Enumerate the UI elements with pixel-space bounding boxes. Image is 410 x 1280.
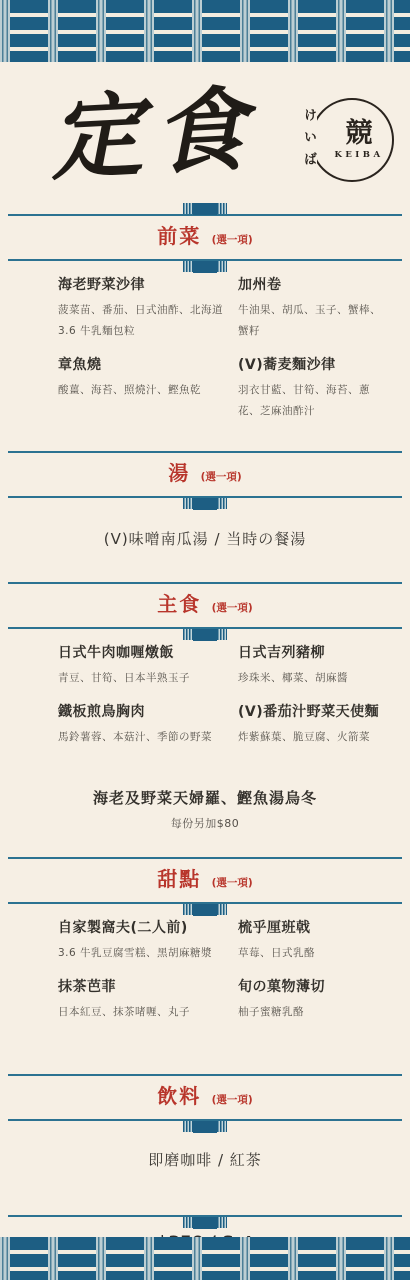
items-right-column: 梳乎厘班戟 草莓、日式乳酪 旬の菓物薄切 柚子蜜糖乳酪 bbox=[238, 918, 396, 1036]
section-note: (選一項) bbox=[212, 602, 253, 614]
ornament-stripes bbox=[183, 629, 193, 640]
item-name: 抹茶芭菲 bbox=[58, 977, 224, 997]
appetizer-items: 海老野菜沙律 菠菜苗、番茄、日式油酢、北海道 3.6 牛乳麵包粒 章魚燒 酸薑、… bbox=[0, 261, 410, 451]
section-title: 甜點 (選一項) bbox=[0, 866, 410, 895]
section-drinks: 飲料 (選一項) 即磨咖啡 / 紅茶 bbox=[0, 1074, 410, 1201]
ornament-stripes bbox=[183, 1121, 193, 1132]
divider-line bbox=[8, 627, 402, 629]
items-right-column: 加州卷 牛油果、胡瓜、玉子、蟹棒、蟹籽 (V)蕎麦麵沙律 羽衣甘藍、甘筍、海苔、… bbox=[238, 275, 396, 435]
section-note: (選一項) bbox=[212, 1094, 253, 1106]
item-name: (V)番茄汁野菜天使麵 bbox=[238, 702, 382, 722]
dessert-items: 自家製窩夫(二人前) 3.6 牛乳豆腐雪糕、黑胡麻糖漿 抹茶芭菲 日本紅豆、抹茶… bbox=[0, 904, 410, 1074]
tile-pattern-bottom bbox=[0, 1237, 410, 1280]
divider-line bbox=[8, 451, 402, 453]
section-title: 湯 (選一項) bbox=[0, 460, 410, 489]
menu-item: 旬の菓物薄切 柚子蜜糖乳酪 bbox=[238, 977, 396, 1023]
item-description: 珍珠米、椰菜、胡麻醬 bbox=[238, 668, 382, 689]
menu-item: (V)蕎麦麵沙律 羽衣甘藍、甘筍、海苔、蔥花、芝麻油酢汁 bbox=[238, 355, 396, 422]
menu-item: 加州卷 牛油果、胡瓜、玉子、蟹棒、蟹籽 bbox=[238, 275, 396, 342]
menu-item: 即磨咖啡 / 紅茶 bbox=[0, 1149, 410, 1171]
ornament-stripes bbox=[217, 1217, 227, 1228]
section-note: (選一項) bbox=[212, 234, 253, 246]
tile-ornament bbox=[183, 629, 227, 640]
divider-line bbox=[8, 1119, 402, 1121]
ornament-stripes bbox=[217, 261, 227, 272]
menu-item: 梳乎厘班戟 草莓、日式乳酪 bbox=[238, 918, 396, 964]
menu-item: 日式吉列豬柳 珍珠米、椰菜、胡麻醬 bbox=[238, 643, 396, 689]
divider-line bbox=[8, 496, 402, 498]
item-name: 自家製窩夫(二人前) bbox=[58, 918, 224, 938]
items-left-column: 日式牛肉咖喱燉飯 青豆、甘筍、日本半熟玉子 鐵板煎鳥胸肉 馬鈴薯蓉、本菇汁、季節… bbox=[58, 643, 238, 761]
main-items: 日式牛肉咖喱燉飯 青豆、甘筍、日本半熟玉子 鐵板煎鳥胸肉 馬鈴薯蓉、本菇汁、季節… bbox=[0, 629, 410, 777]
item-name: 梳乎厘班戟 bbox=[238, 918, 382, 938]
tile-pattern-top bbox=[0, 0, 410, 62]
item-name: 鐵板煎鳥胸肉 bbox=[58, 702, 224, 722]
tile-ornament bbox=[183, 261, 227, 272]
supplement-item: 海老及野菜天婦羅、鰹魚湯烏冬 每份另加$80 bbox=[0, 787, 410, 857]
ornament-solid bbox=[193, 203, 217, 215]
section-note: (選一項) bbox=[201, 471, 242, 483]
logo-circle: 競 KEIBA bbox=[310, 98, 394, 182]
item-description: 青豆、甘筍、日本半熟玉子 bbox=[58, 668, 224, 689]
item-name: 章魚燒 bbox=[58, 355, 224, 375]
section-dessert: 甜點 (選一項) 自家製窩夫(二人前) 3.6 牛乳豆腐雪糕、黑胡麻糖漿 抹茶芭… bbox=[0, 857, 410, 1074]
tile-ornament bbox=[183, 1121, 227, 1132]
ornament-solid bbox=[193, 904, 217, 916]
section-note: (選一項) bbox=[212, 877, 253, 889]
section-title: 飲料 (選一項) bbox=[0, 1083, 410, 1112]
menu-item: 鐵板煎鳥胸肉 馬鈴薯蓉、本菇汁、季節の野菜 bbox=[58, 702, 238, 748]
ornament-stripes bbox=[217, 498, 227, 509]
menu-title: 定食 bbox=[48, 83, 261, 186]
item-description: 炸紫蘇葉、脆豆腐、火箭菜 bbox=[238, 727, 382, 748]
ornament-stripes bbox=[217, 1121, 227, 1132]
ornament-solid bbox=[193, 498, 217, 510]
item-surcharge: 每份另加$80 bbox=[0, 815, 410, 831]
tile-ornament bbox=[183, 498, 227, 509]
item-name: 日式吉列豬柳 bbox=[238, 643, 382, 663]
item-description: 日本紅豆、抹茶啫喱、丸子 bbox=[58, 1002, 224, 1023]
ornament-solid bbox=[193, 1217, 217, 1229]
section-title-text: 飲料 bbox=[157, 1084, 201, 1108]
section-soup: 湯 (選一項) (V)味噌南瓜湯 / 当時の餐湯 bbox=[0, 451, 410, 582]
section-appetizer: 前菜 (選一項) 海老野菜沙律 菠菜苗、番茄、日式油酢、北海道 3.6 牛乳麵包… bbox=[0, 214, 410, 451]
menu-item: 自家製窩夫(二人前) 3.6 牛乳豆腐雪糕、黑胡麻糖漿 bbox=[58, 918, 238, 964]
divider-line bbox=[8, 1074, 402, 1076]
masthead: 定食 けいば 競 KEIBA bbox=[0, 62, 410, 214]
divider-line bbox=[8, 214, 402, 216]
ornament-solid bbox=[193, 629, 217, 641]
items-left-column: 自家製窩夫(二人前) 3.6 牛乳豆腐雪糕、黑胡麻糖漿 抹茶芭菲 日本紅豆、抹茶… bbox=[58, 918, 238, 1036]
item-name: 海老及野菜天婦羅、鰹魚湯烏冬 bbox=[0, 787, 410, 809]
section-main: 主食 (選一項) 日式牛肉咖喱燉飯 青豆、甘筍、日本半熟玉子 鐵板煎鳥胸肉 馬鈴… bbox=[0, 582, 410, 857]
item-description: 羽衣甘藍、甘筍、海苔、蔥花、芝麻油酢汁 bbox=[238, 380, 382, 422]
item-description: 菠菜苗、番茄、日式油酢、北海道 3.6 牛乳麵包粒 bbox=[58, 300, 224, 342]
item-description: 柚子蜜糖乳酪 bbox=[238, 1002, 382, 1023]
item-description: 馬鈴薯蓉、本菇汁、季節の野菜 bbox=[58, 727, 224, 748]
item-name: (V)蕎麦麵沙律 bbox=[238, 355, 382, 375]
item-name: 旬の菓物薄切 bbox=[238, 977, 382, 997]
ornament-solid bbox=[193, 1121, 217, 1133]
ornament-stripes bbox=[183, 1217, 193, 1228]
divider-line bbox=[8, 1215, 402, 1217]
divider-line bbox=[8, 902, 402, 904]
menu-item: 抹茶芭菲 日本紅豆、抹茶啫喱、丸子 bbox=[58, 977, 238, 1023]
soup-items: (V)味噌南瓜湯 / 当時の餐湯 bbox=[0, 498, 410, 582]
item-name: 海老野菜沙律 bbox=[58, 275, 224, 295]
section-title: 前菜 (選一項) bbox=[0, 223, 410, 252]
item-description: 草莓、日式乳酪 bbox=[238, 943, 382, 964]
items-right-column: 日式吉列豬柳 珍珠米、椰菜、胡麻醬 (V)番茄汁野菜天使麵 炸紫蘇葉、脆豆腐、火… bbox=[238, 643, 396, 761]
menu-item: 海老野菜沙律 菠菜苗、番茄、日式油酢、北海道 3.6 牛乳麵包粒 bbox=[58, 275, 238, 342]
logo-roman-text: KEIBA bbox=[334, 150, 383, 160]
section-title: 主食 (選一項) bbox=[0, 591, 410, 620]
menu-item: (V)番茄汁野菜天使麵 炸紫蘇葉、脆豆腐、火箭菜 bbox=[238, 702, 396, 748]
ornament-solid bbox=[193, 261, 217, 273]
section-title-text: 前菜 bbox=[157, 224, 201, 248]
ornament-stripes bbox=[217, 203, 227, 214]
menu-item: 章魚燒 酸薑、海苔、照燒汁、鰹魚乾 bbox=[58, 355, 238, 401]
ornament-stripes bbox=[217, 629, 227, 640]
ornament-stripes bbox=[183, 904, 193, 915]
item-description: 牛油果、胡瓜、玉子、蟹棒、蟹籽 bbox=[238, 300, 382, 342]
tile-ornament bbox=[183, 904, 227, 915]
item-name: 加州卷 bbox=[238, 275, 382, 295]
logo-kanji-text: 競 bbox=[346, 120, 373, 147]
item-description: 3.6 牛乳豆腐雪糕、黑胡麻糖漿 bbox=[58, 943, 224, 964]
keiba-logo: けいば 競 KEIBA bbox=[310, 98, 394, 182]
ornament-stripes bbox=[183, 498, 193, 509]
items-left-column: 海老野菜沙律 菠菜苗、番茄、日式油酢、北海道 3.6 牛乳麵包粒 章魚燒 酸薑、… bbox=[58, 275, 238, 435]
divider-line bbox=[8, 259, 402, 261]
section-title-text: 甜點 bbox=[157, 867, 201, 891]
ornament-stripes bbox=[217, 904, 227, 915]
section-title-text: 主食 bbox=[157, 592, 201, 616]
drink-items: 即磨咖啡 / 紅茶 bbox=[0, 1121, 410, 1201]
section-title-text: 湯 bbox=[168, 461, 190, 485]
divider-line bbox=[8, 582, 402, 584]
ornament-stripes bbox=[183, 261, 193, 272]
logo-kana-text: けいば bbox=[300, 104, 317, 178]
divider-line bbox=[8, 857, 402, 859]
item-description: 酸薑、海苔、照燒汁、鰹魚乾 bbox=[58, 380, 224, 401]
ornament-stripes bbox=[183, 203, 193, 214]
menu-item: (V)味噌南瓜湯 / 当時の餐湯 bbox=[0, 528, 410, 550]
tile-ornament bbox=[183, 1217, 227, 1228]
item-name: 日式牛肉咖喱燉飯 bbox=[58, 643, 224, 663]
tile-ornament bbox=[183, 203, 227, 214]
menu-item: 日式牛肉咖喱燉飯 青豆、甘筍、日本半熟玉子 bbox=[58, 643, 238, 689]
